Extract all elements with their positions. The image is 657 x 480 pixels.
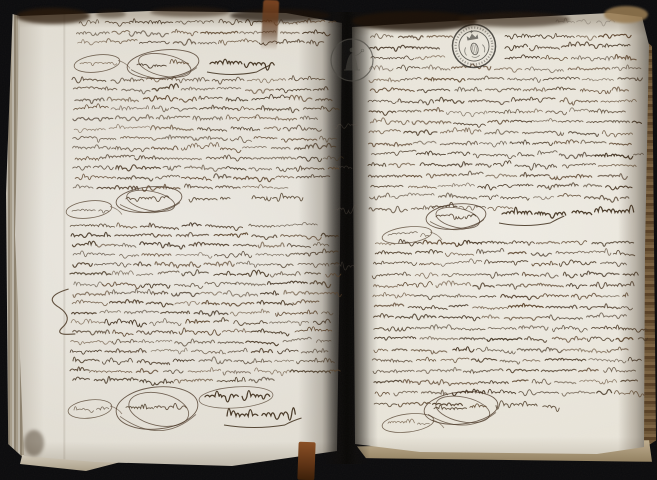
scan-grain-overlay — [0, 0, 657, 480]
spine-leather-fragment — [261, 0, 280, 50]
bookmark-ribbon — [297, 442, 315, 480]
handwriting-ink-overlay — [0, 0, 657, 480]
scanned-register-spread — [0, 0, 657, 480]
